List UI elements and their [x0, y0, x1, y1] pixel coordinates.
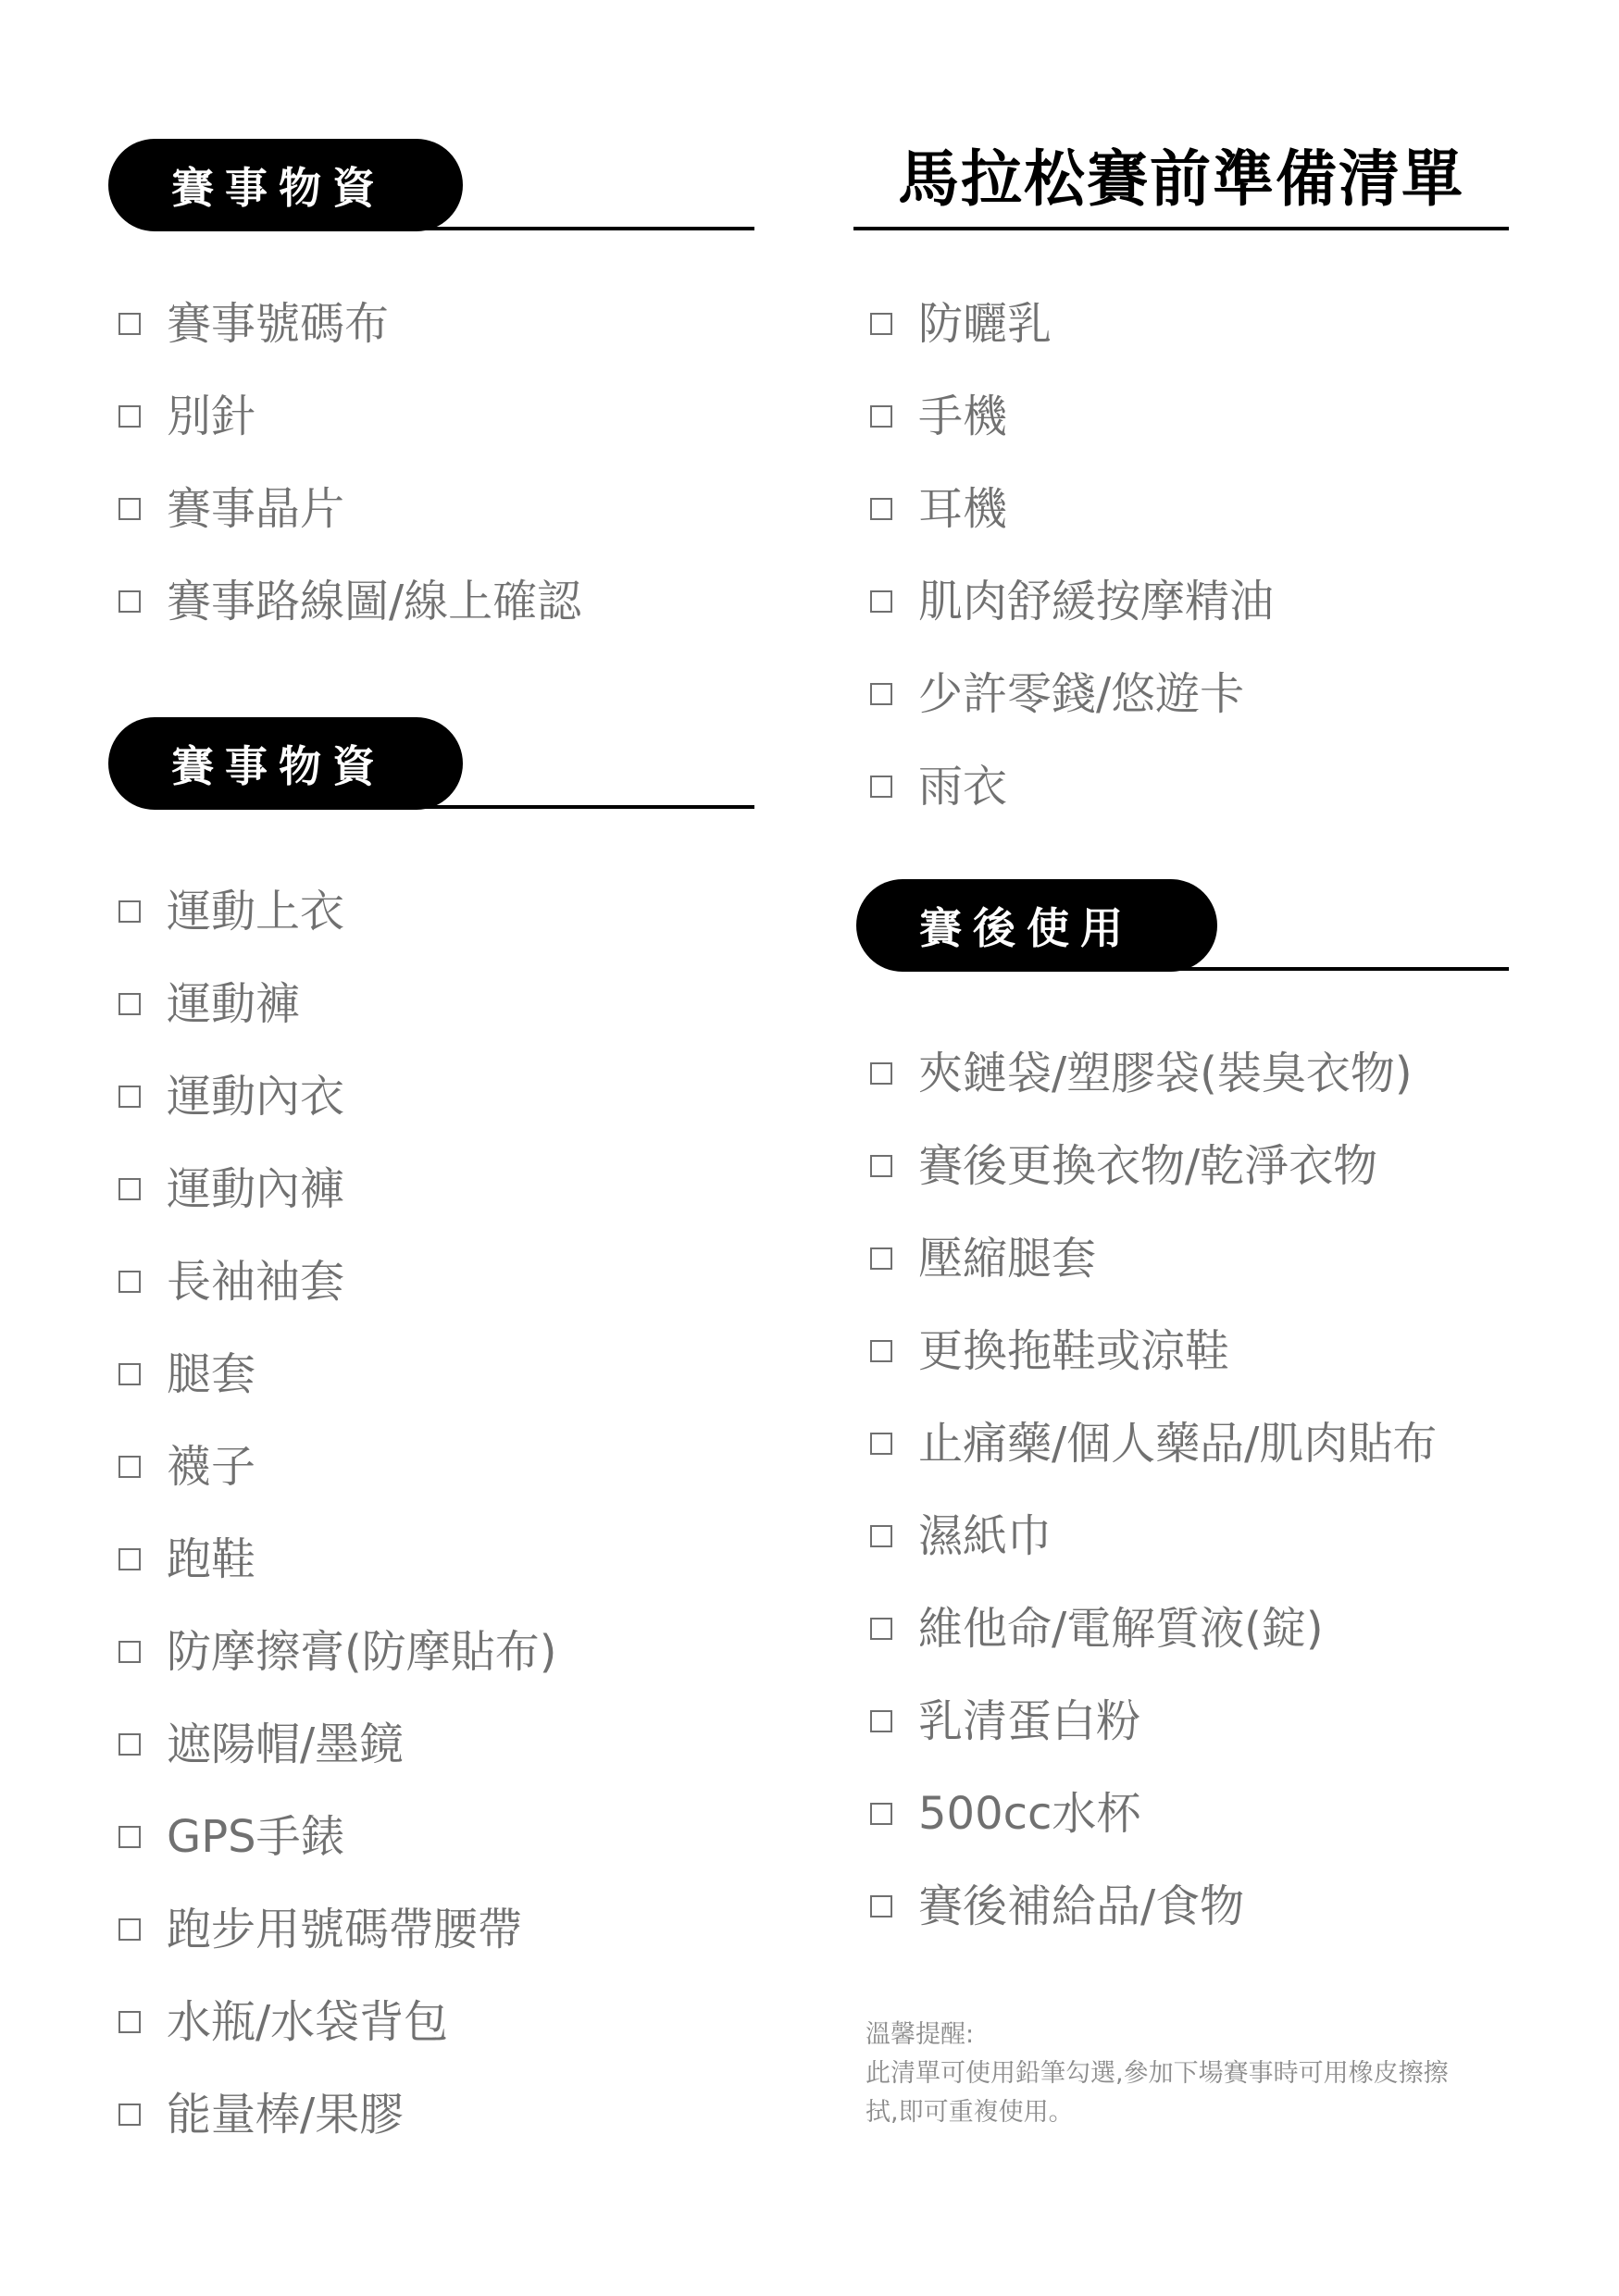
- checklist-item[interactable]: 賽事晶片: [118, 481, 344, 537]
- checkbox-icon[interactable]: [870, 1433, 892, 1455]
- checklist-item[interactable]: 水瓶/水袋背包: [118, 1994, 448, 2050]
- checkbox-icon[interactable]: [870, 1247, 892, 1270]
- checklist-item-label: 維他命/電解質液(錠): [918, 1601, 1324, 1657]
- checkbox-icon[interactable]: [870, 683, 892, 705]
- checkbox-icon[interactable]: [118, 1733, 141, 1756]
- checklist-item[interactable]: 維他命/電解質液(錠): [870, 1601, 1324, 1657]
- title-divider: [853, 227, 1509, 230]
- checklist-item-label: 賽後更換衣物/乾淨衣物: [918, 1138, 1377, 1194]
- checklist-item-label: 防摩擦膏(防摩貼布): [167, 1624, 556, 1680]
- checkbox-icon[interactable]: [870, 1340, 892, 1362]
- checklist-item-label: 肌肉舒緩按摩精油: [918, 574, 1274, 629]
- checklist-item-label: 賽事晶片: [167, 481, 344, 537]
- checklist-item-label: 跑鞋: [167, 1532, 255, 1587]
- checkbox-icon[interactable]: [118, 1178, 141, 1200]
- checklist-item[interactable]: 賽後更換衣物/乾淨衣物: [870, 1138, 1377, 1194]
- checkbox-icon[interactable]: [870, 590, 892, 613]
- checklist-item-label: 止痛藥/個人藥品/肌肉貼布: [918, 1416, 1437, 1471]
- checklist-item-label: 賽事路線圖/線上確認: [167, 574, 581, 629]
- checkbox-icon[interactable]: [870, 1895, 892, 1917]
- checkbox-icon[interactable]: [118, 900, 141, 923]
- checklist-item[interactable]: 乳清蛋白粉: [870, 1694, 1140, 1749]
- checklist-item-label: 夾鏈袋/塑膠袋(裝臭衣物): [918, 1046, 1413, 1101]
- checklist-item[interactable]: 跑步用號碼帶腰帶: [118, 1902, 522, 1957]
- checklist-item[interactable]: 襪子: [118, 1439, 255, 1495]
- section-divider: [1166, 967, 1509, 971]
- checklist-item-label: 襪子: [167, 1439, 255, 1495]
- checklist-item[interactable]: 500cc水杯: [870, 1786, 1140, 1842]
- checkbox-icon[interactable]: [118, 405, 141, 428]
- checkbox-icon[interactable]: [118, 1363, 141, 1385]
- checklist-item-label: 耳機: [918, 481, 1007, 537]
- checklist-item-label: GPS手錶: [167, 1809, 345, 1865]
- checkbox-icon[interactable]: [870, 313, 892, 335]
- checkbox-icon[interactable]: [118, 313, 141, 335]
- section-heading-race-items: 賽事物資: [108, 139, 463, 231]
- checklist-item[interactable]: 賽事路線圖/線上確認: [118, 574, 581, 629]
- checkbox-icon[interactable]: [118, 1918, 141, 1941]
- section-heading-gear-items: 賽事物資: [108, 717, 463, 810]
- checklist-item-label: 濕紙巾: [918, 1508, 1052, 1564]
- section-heading-label: 賽事物資: [171, 733, 386, 794]
- checklist-item[interactable]: 運動內衣: [118, 1069, 344, 1124]
- checklist-item[interactable]: 跑鞋: [118, 1532, 255, 1587]
- section-heading-label: 賽事物資: [171, 155, 386, 216]
- checklist-item[interactable]: 少許零錢/悠遊卡: [870, 666, 1244, 722]
- checkbox-icon[interactable]: [118, 993, 141, 1015]
- checkbox-icon[interactable]: [870, 405, 892, 428]
- checklist-item-label: 雨衣: [918, 759, 1007, 814]
- note-heading: 溫馨提醒:: [866, 2016, 1513, 2054]
- checklist-item[interactable]: 更換拖鞋或涼鞋: [870, 1323, 1229, 1379]
- checklist-item-label: 運動內衣: [167, 1069, 344, 1124]
- page-title: 馬拉松賽前準備清單: [853, 130, 1509, 217]
- checklist-item[interactable]: 雨衣: [870, 759, 1007, 814]
- checklist-item-label: 更換拖鞋或涼鞋: [918, 1323, 1229, 1379]
- checklist-item-label: 水瓶/水袋背包: [167, 1994, 448, 2050]
- checklist-item-label: 賽後補給品/食物: [918, 1879, 1244, 1934]
- checklist-item[interactable]: 賽事號碼布: [118, 296, 389, 352]
- checkbox-icon[interactable]: [870, 1618, 892, 1640]
- checkbox-icon[interactable]: [118, 1086, 141, 1108]
- checkbox-icon[interactable]: [118, 1456, 141, 1478]
- checklist-item[interactable]: 壓縮腿套: [870, 1231, 1096, 1286]
- checklist-item-label: 少許零錢/悠遊卡: [918, 666, 1244, 722]
- checklist-item[interactable]: 夾鏈袋/塑膠袋(裝臭衣物): [870, 1046, 1413, 1101]
- note-line: 拭,即可重複使用。: [866, 2093, 1513, 2132]
- section-divider: [407, 227, 754, 230]
- section-heading-post-race: 賽後使用: [856, 879, 1217, 972]
- checklist-item[interactable]: 腿套: [118, 1347, 255, 1402]
- checklist-item[interactable]: 防曬乳: [870, 296, 1052, 352]
- checklist-item-label: 遮陽帽/墨鏡: [167, 1717, 404, 1772]
- checklist-item-label: 運動上衣: [167, 884, 344, 939]
- checkbox-icon[interactable]: [870, 1525, 892, 1547]
- checkbox-icon[interactable]: [870, 1062, 892, 1085]
- checklist-item-label: 長袖袖套: [167, 1254, 344, 1309]
- checklist-item[interactable]: 賽後補給品/食物: [870, 1879, 1244, 1934]
- checklist-item-label: 防曬乳: [918, 296, 1052, 352]
- checklist-item[interactable]: 能量棒/果膠: [118, 2087, 404, 2142]
- checklist-item[interactable]: 止痛藥/個人藥品/肌肉貼布: [870, 1416, 1437, 1471]
- checklist-item[interactable]: 運動內褲: [118, 1161, 344, 1217]
- checklist-item-label: 能量棒/果膠: [167, 2087, 404, 2142]
- checkbox-icon[interactable]: [870, 1155, 892, 1177]
- checklist-item-label: 腿套: [167, 1347, 255, 1402]
- checklist-item[interactable]: 長袖袖套: [118, 1254, 344, 1309]
- checkbox-icon[interactable]: [870, 1803, 892, 1825]
- checkbox-icon[interactable]: [118, 1641, 141, 1663]
- checkbox-icon[interactable]: [118, 1271, 141, 1293]
- checklist-item[interactable]: 運動褲: [118, 976, 300, 1032]
- checklist-item[interactable]: GPS手錶: [118, 1809, 345, 1865]
- checkbox-icon[interactable]: [118, 498, 141, 520]
- checkbox-icon[interactable]: [118, 1826, 141, 1848]
- checklist-item[interactable]: 遮陽帽/墨鏡: [118, 1717, 404, 1772]
- checklist-item[interactable]: 手機: [870, 389, 1007, 444]
- checklist-item[interactable]: 防摩擦膏(防摩貼布): [118, 1624, 556, 1680]
- checklist-item-label: 手機: [918, 389, 1007, 444]
- section-divider: [407, 805, 754, 809]
- checklist-item-label: 500cc水杯: [918, 1786, 1140, 1842]
- note-line: 此清單可使用鉛筆勾選,參加下場賽事時可用橡皮擦擦: [866, 2054, 1513, 2093]
- checklist-item-label: 別針: [167, 389, 255, 444]
- checkbox-icon[interactable]: [870, 498, 892, 520]
- checkbox-icon[interactable]: [870, 776, 892, 798]
- checklist-item-label: 乳清蛋白粉: [918, 1694, 1140, 1749]
- checklist-item[interactable]: 運動上衣: [118, 884, 344, 939]
- checklist-item-label: 壓縮腿套: [918, 1231, 1096, 1286]
- checkbox-icon[interactable]: [118, 590, 141, 613]
- section-heading-label: 賽後使用: [919, 895, 1134, 956]
- checklist-item-label: 運動褲: [167, 976, 300, 1032]
- checkbox-icon[interactable]: [118, 2104, 141, 2126]
- checklist-item[interactable]: 濕紙巾: [870, 1508, 1052, 1564]
- checkbox-icon[interactable]: [118, 2011, 141, 2033]
- checklist-item-label: 賽事號碼布: [167, 296, 389, 352]
- checklist-item[interactable]: 耳機: [870, 481, 1007, 537]
- checkbox-icon[interactable]: [870, 1710, 892, 1732]
- checklist-item-label: 跑步用號碼帶腰帶: [167, 1902, 522, 1957]
- checklist-item[interactable]: 肌肉舒緩按摩精油: [870, 574, 1274, 629]
- checklist-item-label: 運動內褲: [167, 1161, 344, 1217]
- checklist-item[interactable]: 別針: [118, 389, 255, 444]
- reminder-note: 溫馨提醒: 此清單可使用鉛筆勾選,參加下場賽事時可用橡皮擦擦 拭,即可重複使用。: [866, 2016, 1513, 2132]
- checkbox-icon[interactable]: [118, 1548, 141, 1570]
